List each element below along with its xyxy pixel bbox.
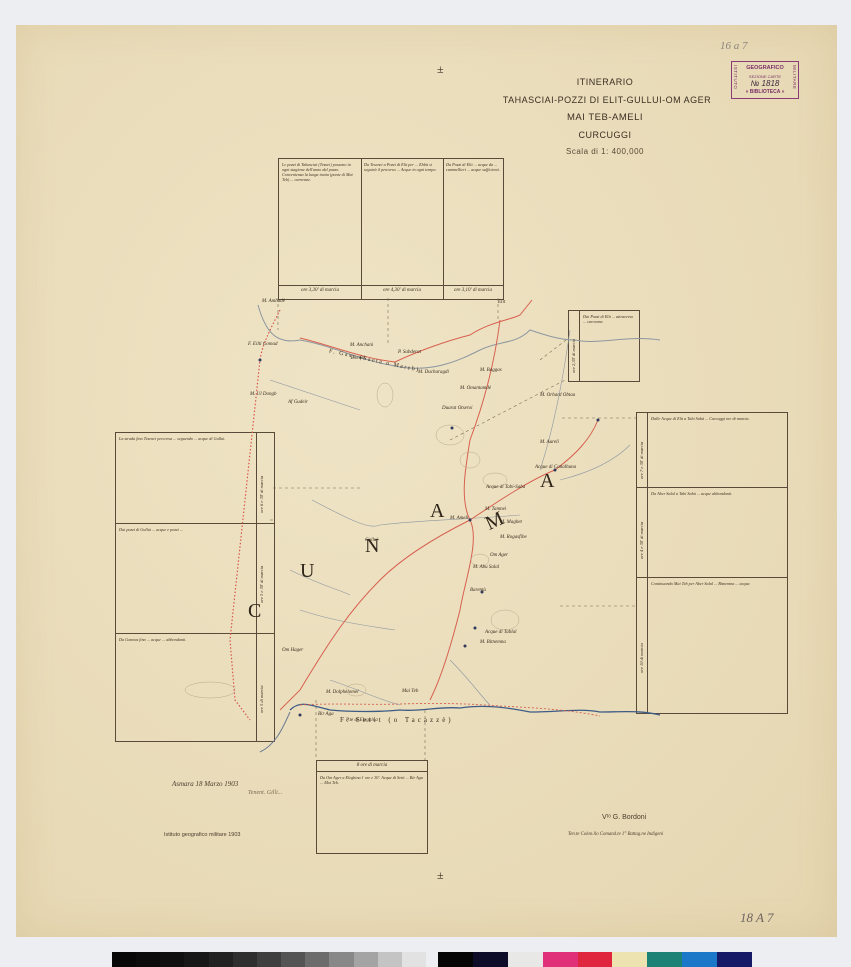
place-label: Af Gudeir: [288, 400, 308, 405]
place-label: Om Hager: [282, 648, 303, 653]
place-label: M. Rogasfibe: [500, 535, 527, 540]
place-label: M. Orbard Obtaa: [540, 393, 575, 398]
place-label: M. Bitnemna: [480, 640, 506, 645]
grey-scale: [112, 952, 426, 967]
place-label: M. Abu Salal: [473, 565, 499, 570]
region-letter-u: U: [300, 560, 314, 583]
place-label: Om Ager: [490, 553, 508, 558]
region-letter-c: C: [248, 600, 261, 623]
river-setit: [290, 704, 660, 715]
map-drawing: [0, 0, 851, 967]
place-label: M. Dolphelomel: [326, 690, 359, 695]
place-label: Mai Teb: [402, 689, 418, 694]
place-label: M. Aureli: [540, 440, 559, 445]
place-label: Bir Aga: [318, 712, 334, 717]
map-date: Asmara 18 Marzo 1903: [172, 780, 238, 788]
place-label: Acque di Tabi-Saba: [486, 485, 525, 490]
place-label: Duarat Otseroi: [442, 406, 473, 411]
place-label: M. Amhadè: [262, 299, 285, 304]
region-letter-a1: A: [430, 500, 444, 523]
place-label: M. Ducharagdi: [418, 370, 449, 375]
color-calibration-strip: [112, 952, 752, 967]
river-label-setit: F. Setit (o Tacazzè): [340, 716, 454, 724]
region-letter-n: N: [365, 535, 379, 558]
place-label: M. Anchani: [350, 343, 373, 348]
place-label: M. Omantamdè: [460, 386, 491, 391]
route-dotted: [230, 310, 280, 720]
map-publisher: Istituto geografico militare 1903: [164, 832, 240, 838]
place-label: P. Sabderat: [398, 350, 421, 355]
color-patches: [438, 952, 752, 967]
map-signature: Vᵗᵒ G. Bordoni: [602, 814, 646, 821]
map-author: Tenent. Gilli...: [248, 790, 282, 796]
place-label: M. Ul Dongb: [250, 392, 277, 397]
map-command: Ten.te Colon.llo Comand.te 1° Battag.ne …: [568, 832, 663, 837]
place-label: M. Ameli: [450, 516, 468, 521]
place-label: Elit: [498, 300, 505, 305]
place-label: M. Baggas: [480, 368, 502, 373]
river-gasc: [258, 305, 660, 368]
place-label: Barentù: [470, 588, 486, 593]
place-label: Acque di Tablal: [485, 630, 516, 635]
place-label: F. Eilti Gomad: [248, 342, 278, 347]
region-letter-a2: A: [540, 470, 554, 493]
